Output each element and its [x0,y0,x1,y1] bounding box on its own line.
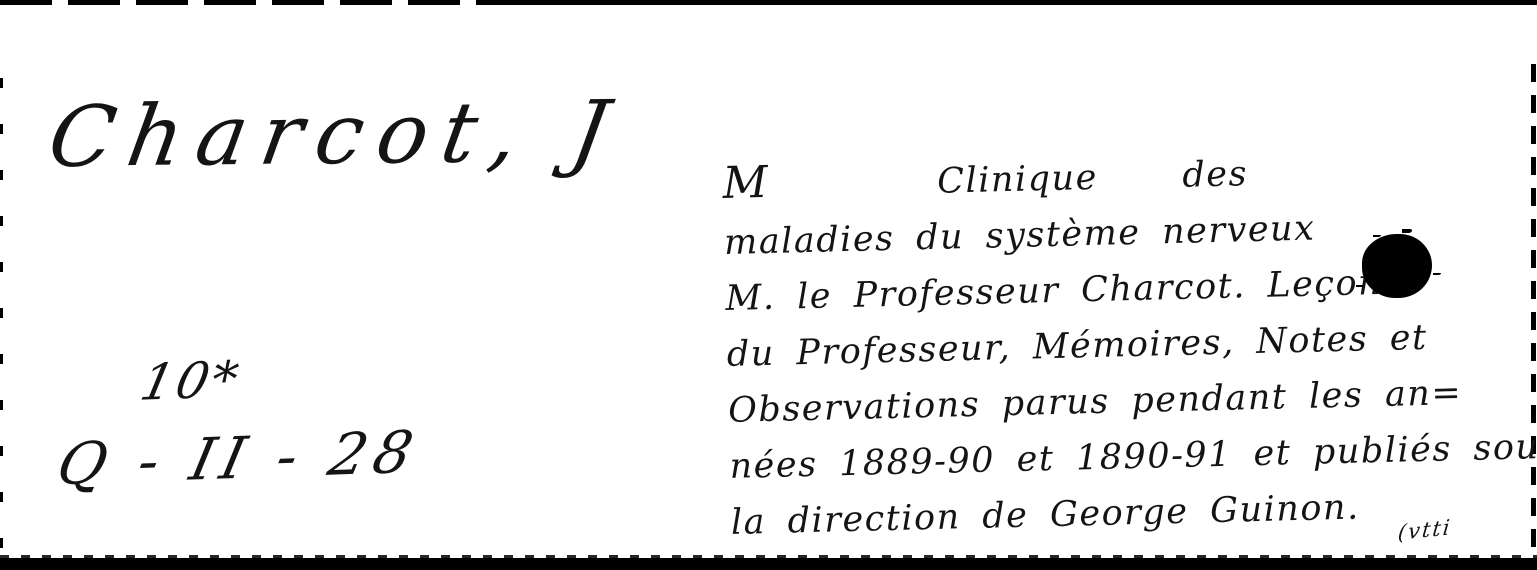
catalog-entry: M Clinique des maladies du système nerve… [722,136,1537,551]
card-top-edge [0,0,1537,5]
entry-title-start: Clinique des [937,146,1249,210]
shelf-number: 10* [135,350,246,411]
call-number: Q - II - 28 [51,418,426,498]
card-bottom-edge [0,558,1537,570]
ink-blot [1362,234,1432,298]
card-left-edge [0,78,3,554]
catalog-card: Charcot, J 10* Q - II - 28 M Clinique de… [0,0,1537,570]
author-heading: Charcot, J [42,82,629,186]
opening-initial: M [722,155,770,212]
corner-note: (vtti [1397,515,1453,545]
